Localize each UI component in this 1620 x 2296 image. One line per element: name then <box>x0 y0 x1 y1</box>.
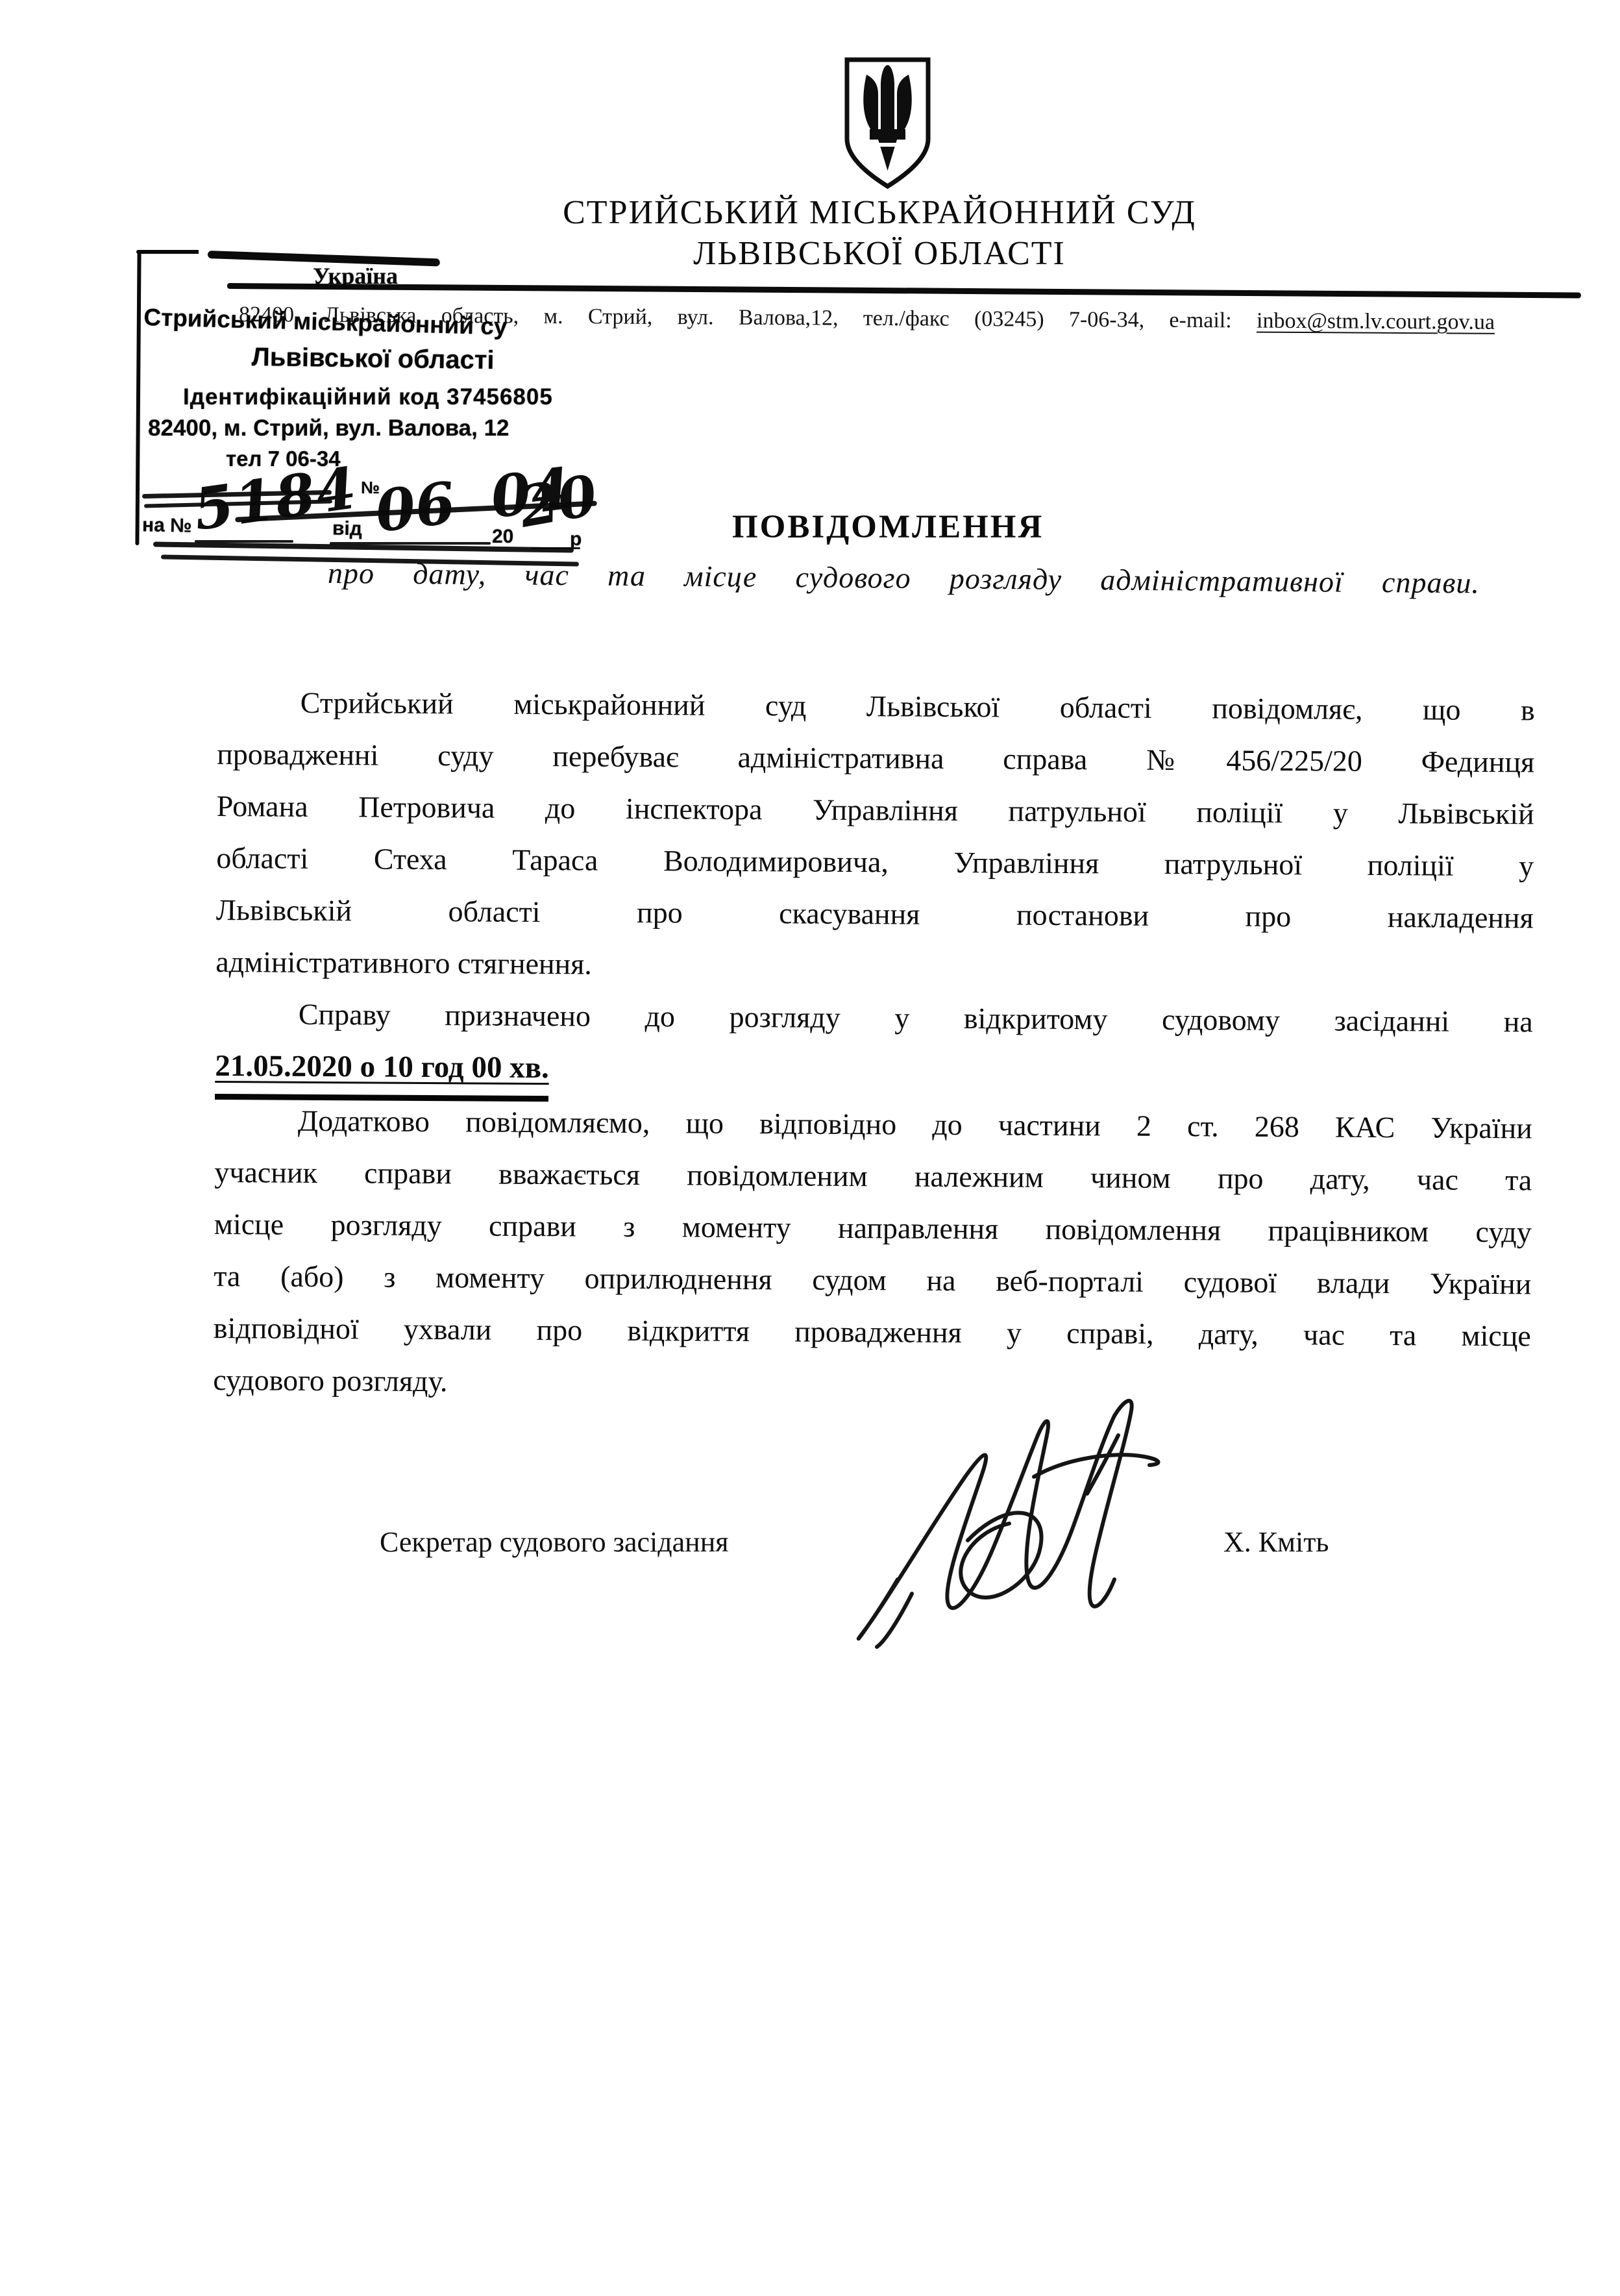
handwritten-signature-icon <box>815 1373 1194 1659</box>
court-name-line2: ЛЬВІВСЬКОЇ ОБЛАСТІ <box>230 234 1528 273</box>
body-line: Львівській області про скасування постан… <box>216 884 1534 944</box>
body-line: області Стеха Тараса Володимировича, Упр… <box>216 832 1534 892</box>
notice-body: Стрийський міськрайонний суд Львівської … <box>213 676 1535 1414</box>
body-line: учасник справи вважається повідомленим н… <box>214 1146 1532 1206</box>
hearing-intro-line: Справу призначено до розгляду у відкрито… <box>215 988 1533 1048</box>
body-line: провадженні суду перебуває адміністратив… <box>217 728 1534 788</box>
body-line: Стрийський міськрайонний суд Львівської … <box>217 676 1535 736</box>
scanned-court-notice-page: СТРИЙСЬКИЙ МІСЬКРАЙОННИЙ СУД ЛЬВІВСЬКОЇ … <box>0 0 1620 2296</box>
signature-role-label: Секретар судового засідання <box>380 1525 729 1559</box>
ref-number-label: на № <box>142 514 192 537</box>
hearing-datetime: 21.05.2020 о 10 год 00 хв. <box>215 1049 549 1085</box>
body-line: адміністративного стягнення. <box>215 936 1533 996</box>
stamp-country-label: Україна <box>313 262 398 290</box>
ukraine-trident-emblem-icon <box>842 56 933 190</box>
header-rule-divider <box>227 283 1581 299</box>
signature-signer-name: Х. Кміть <box>1223 1525 1329 1559</box>
body-line: відповідної ухвали про відкриття провадж… <box>214 1302 1531 1362</box>
body-line: Романа Петровича до інспектора Управлінн… <box>217 780 1534 840</box>
notice-subtitle: про дату, час та місце судового розгляду… <box>328 556 1480 600</box>
stamp-left-border <box>135 252 141 545</box>
contact-email-text: inbox@stm.lv.court.gov.ua <box>1257 309 1495 334</box>
hearing-datetime-underline: 21.05.2020 о 10 год 00 хв. <box>215 1040 549 1102</box>
body-line: та (або) з моменту оприлюднення судом на… <box>214 1250 1531 1310</box>
stamp-address: 82400, м. Стрий, вул. Валова, 12 <box>148 415 509 441</box>
court-name-line1: СТРИЙСЬКИЙ МІСЬКРАЙОННИЙ СУД <box>230 193 1528 232</box>
ref-year-printed: 20 <box>492 526 513 548</box>
stamp-top-border <box>136 250 199 254</box>
stamp-id-code: Ідентифікаційний код 37456805 <box>183 384 553 410</box>
body-line: Додатково повідомляємо, що відповідно до… <box>215 1094 1532 1154</box>
body-line: місце розгляду справи з моменту направле… <box>214 1198 1532 1258</box>
notice-title: ПОВІДОМЛЕННЯ <box>732 508 1044 546</box>
ref-from-label: від <box>332 518 362 541</box>
hearing-date-line: 21.05.2020 о 10 год 00 хв. <box>215 1040 1532 1102</box>
stamp-court-line2: Львівської області <box>251 343 494 375</box>
